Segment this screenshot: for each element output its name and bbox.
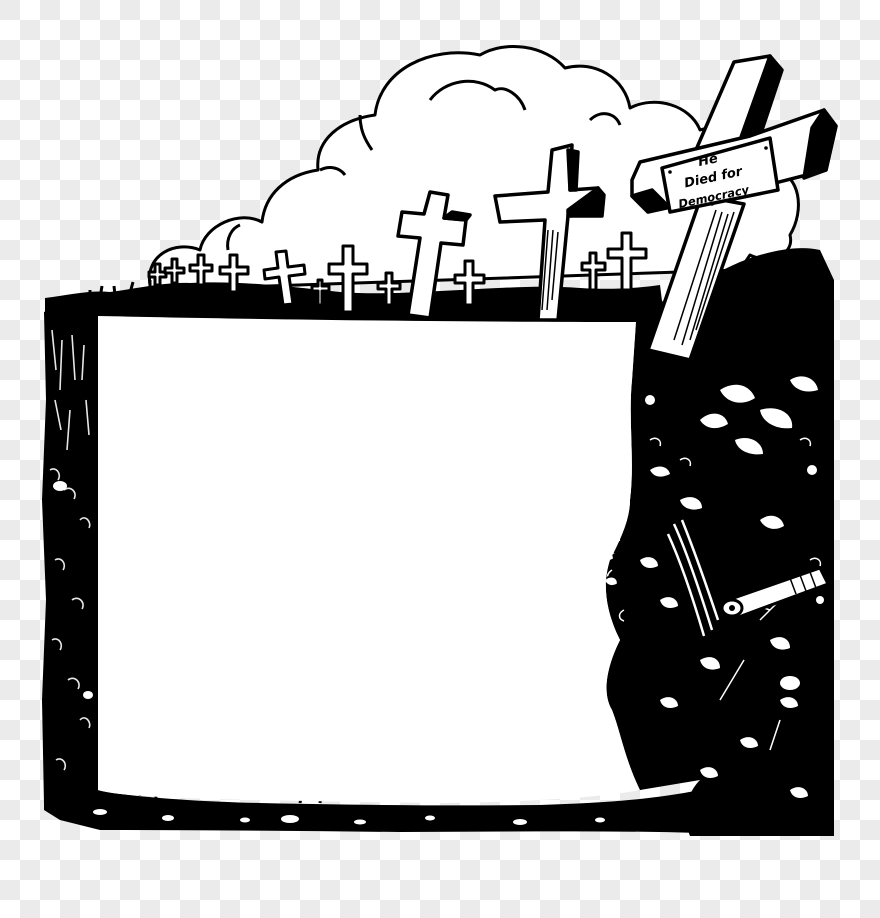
graveyard-frame-illustration: He Died for Democracy (0, 0, 880, 918)
blank-frame-area (98, 316, 640, 803)
foliage-right (600, 248, 834, 836)
frame-left-side (42, 307, 100, 805)
